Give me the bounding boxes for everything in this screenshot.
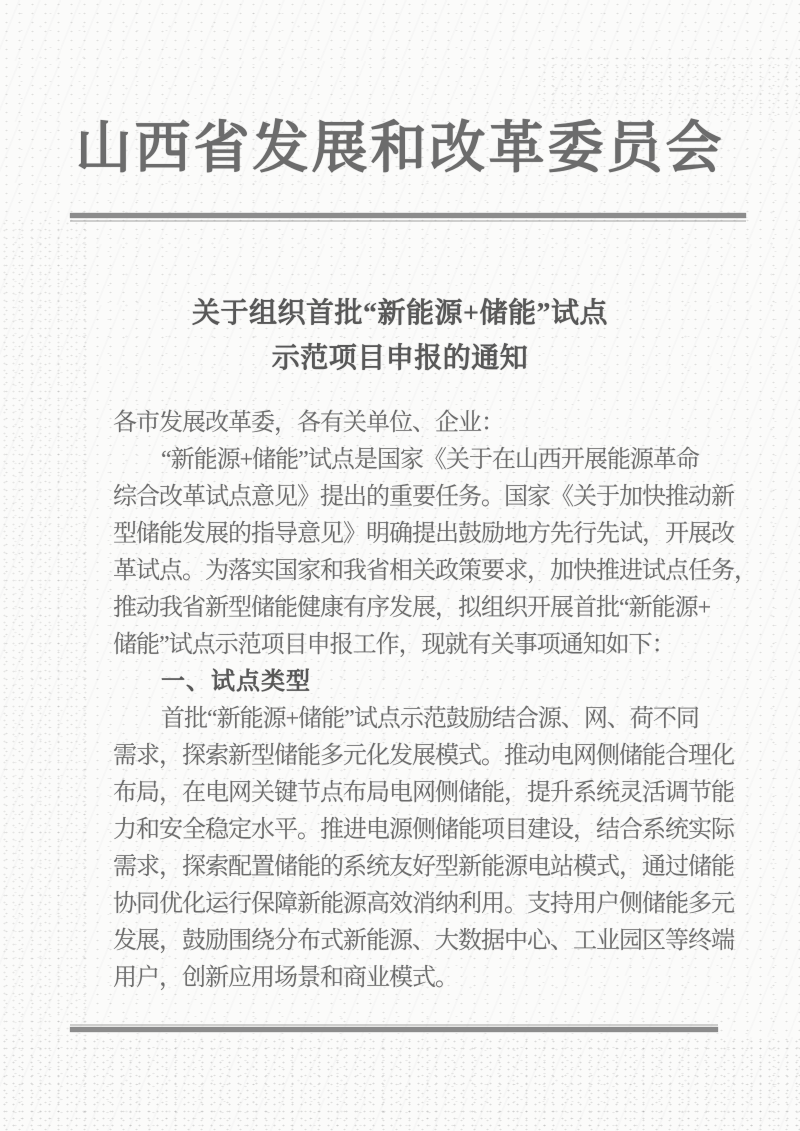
document-body: 各市发展改革委，各有关单位、企业： “新能源+储能”试点是国家《关于在山西开展能… — [113, 405, 697, 997]
letterhead-divider-line-main — [70, 213, 746, 218]
section1-heading: 一、试点类型 — [113, 664, 697, 701]
paragraph2-line: 发展，鼓励围绕分布式新能源、大数据中心、工业园区等终端 — [113, 923, 697, 960]
paragraph2-line: 需求，探索配置储能的系统友好型新能源电站模式，通过储能 — [113, 849, 697, 886]
paragraph2-line: 首批“新能源+储能”试点示范鼓励结合源、网、荷不同 — [113, 701, 697, 738]
paragraph1-line: 革试点。为落实国家和我省相关政策要求，加快推进试点任务， — [113, 553, 697, 590]
paragraph1-line: 综合改革试点意见》提出的重要任务。国家《关于加快推动新 — [113, 479, 697, 516]
paragraph1-line: 型储能发展的指导意见》明确提出鼓励地方先行先试，开展改 — [113, 516, 697, 553]
document-title-line1: 关于组织首批“新能源+储能”试点 — [0, 291, 800, 336]
document-title-line2: 示范项目申报的通知 — [0, 336, 800, 381]
paragraph2-line: 需求，探索新型储能多元化发展模式。推动电网侧储能合理化 — [113, 738, 697, 775]
paragraph2-line: 用户，创新应用场景和商业模式。 — [113, 960, 697, 997]
paragraph1-line: 推动我省新型储能健康有序发展，拟组织开展首批“新能源+ — [113, 590, 697, 627]
paragraph2-line: 力和安全稳定水平。推进电源侧储能项目建设，结合系统实际 — [113, 812, 697, 849]
page-bottom-edge-line-main — [70, 1027, 718, 1032]
salutation-line: 各市发展改革委，各有关单位、企业： — [113, 405, 697, 442]
document-title: 关于组织首批“新能源+储能”试点 示范项目申报的通知 — [0, 291, 800, 381]
letterhead-divider-line-echo — [70, 220, 746, 222]
letterhead-org-name: 山西省发展和改革委员会 — [0, 104, 800, 184]
paragraph1-line: “新能源+储能”试点是国家《关于在山西开展能源革命 — [113, 442, 697, 479]
paragraph2-line: 布局，在电网关键节点布局电网侧储能，提升系统灵活调节能 — [113, 775, 697, 812]
scanned-document-page: 山西省发展和改革委员会 关于组织首批“新能源+储能”试点 示范项目申报的通知 各… — [0, 0, 800, 1131]
page-bottom-edge-line — [70, 1024, 718, 1032]
paragraph1-line: 储能”试点示范项目申报工作，现就有关事项通知如下： — [113, 627, 697, 664]
page-bottom-edge-line-echo — [70, 1024, 718, 1026]
letterhead-divider-line — [70, 213, 746, 222]
paragraph2-line: 协同优化运行保障新能源高效消纳利用。支持用户侧储能多元 — [113, 886, 697, 923]
scan-noise-patch-bottom — [0, 1038, 800, 1131]
